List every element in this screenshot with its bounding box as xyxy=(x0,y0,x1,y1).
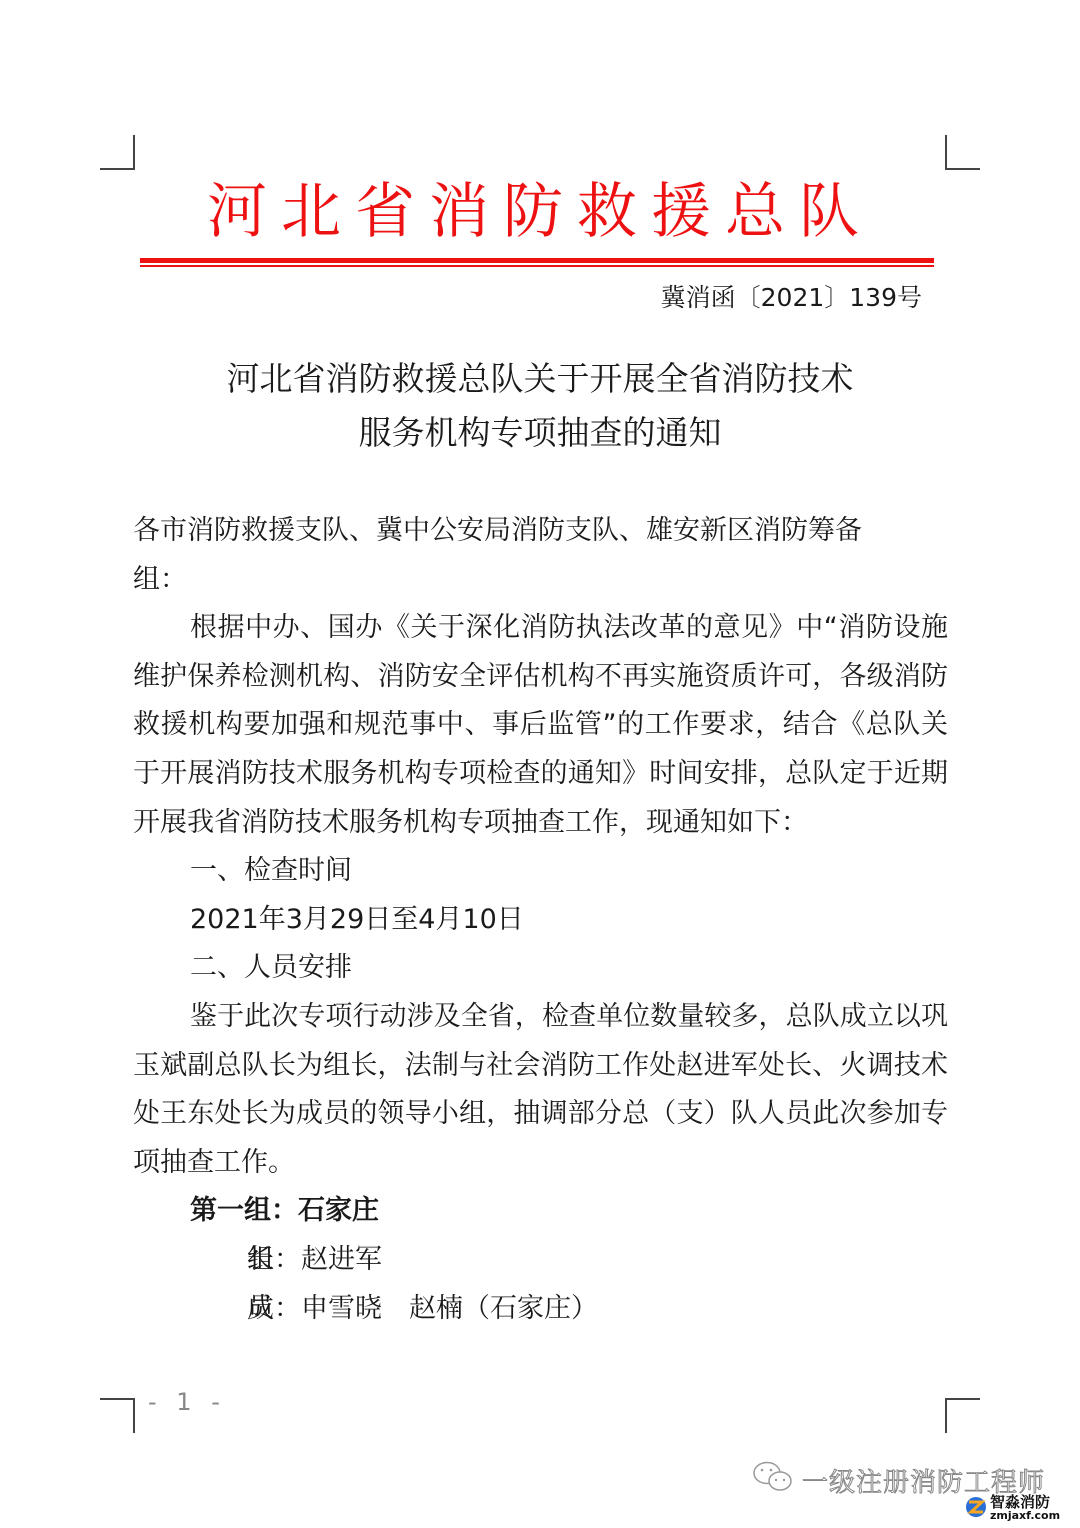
section-heading-staff: 二、人员安排 xyxy=(133,944,948,993)
wechat-icon xyxy=(752,1460,796,1501)
group-1-members: 成员：申雪晓 赵楠（石家庄） xyxy=(133,1285,948,1334)
members-names: 申雪晓 赵楠（石家庄） xyxy=(301,1293,598,1324)
members-label-b: 员： xyxy=(247,1293,301,1324)
brand-z-icon xyxy=(965,1496,987,1522)
crop-mark-top-right xyxy=(945,135,980,170)
crop-mark-bottom-right xyxy=(945,1398,980,1433)
letterhead-rule-thick xyxy=(140,258,934,263)
section-heading-time: 一、检查时间 xyxy=(133,847,948,896)
letterhead-rule-thin xyxy=(140,265,934,267)
recipients-line-2: 组： xyxy=(133,564,187,595)
crop-mark-bottom-left xyxy=(100,1398,135,1433)
org-letterhead: 河北省消防救援总队 xyxy=(140,170,940,254)
inspection-dates: 2021年3月29日至4月10日 xyxy=(133,896,948,945)
leader-label-a: 组 xyxy=(190,1236,247,1285)
group-1-leader: 组长：赵进军 xyxy=(133,1236,948,1285)
members-label-a: 成 xyxy=(190,1285,247,1334)
brand-logo: 智淼消防 zmjaxf.com xyxy=(965,1495,1060,1523)
group-1-heading: 第一组：石家庄 xyxy=(133,1187,948,1236)
title-line-1: 河北省消防救援总队关于开展全省消防技术 xyxy=(100,352,980,406)
recipients: 各市消防救援支队、冀中公安局消防支队、雄安新区消防筹备 组： xyxy=(133,507,948,604)
crop-mark-top-left xyxy=(100,135,135,170)
leader-name: 赵进军 xyxy=(301,1244,382,1275)
document-title: 河北省消防救援总队关于开展全省消防技术 服务机构专项抽查的通知 xyxy=(100,352,980,460)
paragraph-intro: 根据中办、国办《关于深化消防执法改革的意见》中“消防设施维护保养检测机构、消防安… xyxy=(133,604,948,847)
paragraph-staff: 鉴于此次专项行动涉及全省，检查单位数量较多，总队成立以巩玉斌副总队长为组长，法制… xyxy=(133,993,948,1187)
brand-name: 智淼消防 xyxy=(990,1495,1060,1509)
recipients-line-1: 各市消防救援支队、冀中公安局消防支队、雄安新区消防筹备 xyxy=(133,515,862,546)
document-body: 各市消防救援支队、冀中公安局消防支队、雄安新区消防筹备 组： 根据中办、国办《关… xyxy=(133,507,948,1333)
page-number: - 1 - xyxy=(148,1388,226,1416)
brand-url: zmjaxf.com xyxy=(990,1509,1060,1523)
document-number: 冀消函〔2021〕139号 xyxy=(661,280,922,316)
leader-label-b: 长： xyxy=(247,1244,301,1275)
title-line-2: 服务机构专项抽查的通知 xyxy=(100,406,980,460)
